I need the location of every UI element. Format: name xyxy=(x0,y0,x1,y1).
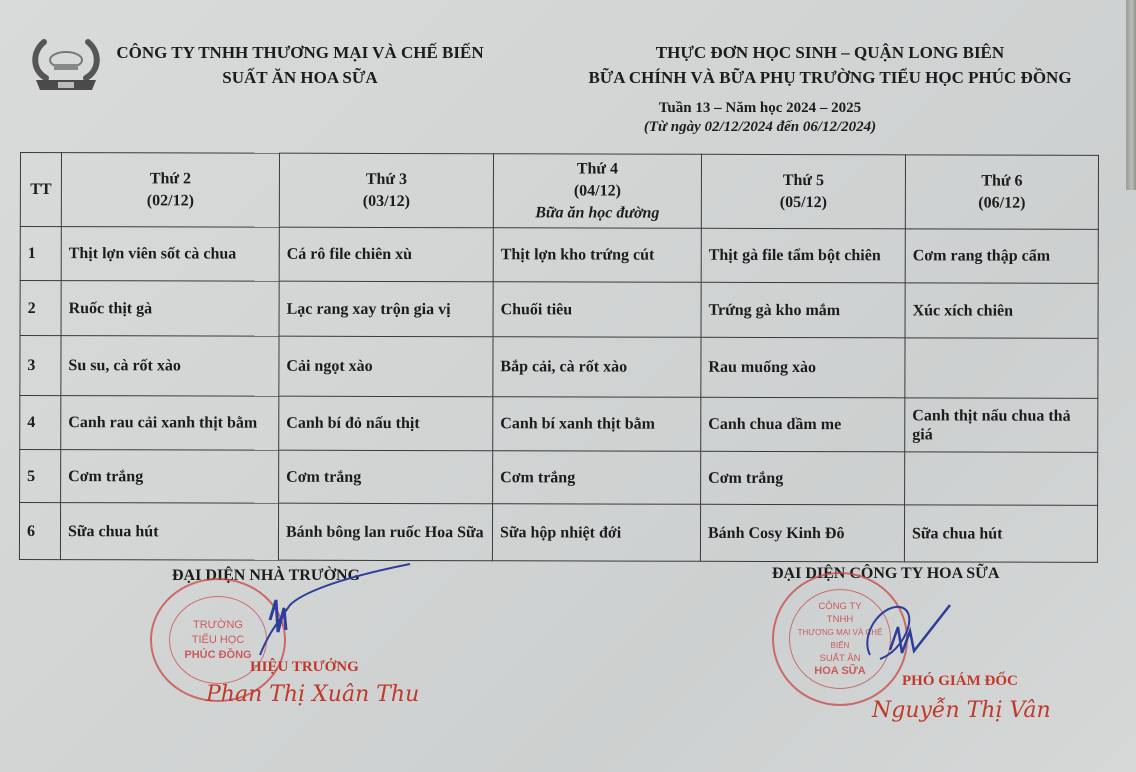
table-row: 3Su su, cà rốt xàoCải ngọt xàoBắp cải, c… xyxy=(20,336,1098,399)
wreath-logo-icon xyxy=(30,36,102,94)
column-header-tt: TT xyxy=(20,153,61,227)
paper-edge xyxy=(1126,0,1136,190)
row-number: 5 xyxy=(20,450,61,503)
table-row: 5Cơm trắngCơm trắngCơm trắngCơm trắng xyxy=(20,450,1098,506)
date-range: (Từ ngày 02/12/2024 đến 06/12/2024) xyxy=(560,118,960,137)
menu-cell: Cơm rang thập cẩm xyxy=(905,229,1098,284)
menu-cell: Cơm trắng xyxy=(61,450,279,504)
menu-title-line2: BỮA CHÍNH VÀ BỮA PHỤ TRƯỜNG TIỂU HỌC PHÚ… xyxy=(560,65,1100,90)
menu-cell: Canh bí xanh thịt bằm xyxy=(493,397,701,452)
table-row: 1Thịt lợn viên sốt cà chuaCá rô file chi… xyxy=(20,227,1098,284)
menu-cell: Thịt gà file tẩm bột chiên xyxy=(701,228,905,283)
table-row: 2Ruốc thịt gàLạc rang xay trộn gia vịChu… xyxy=(20,281,1098,339)
menu-cell: Bánh Cosy Kinh Đô xyxy=(700,504,904,562)
menu-cell: Bánh bông lan ruốc Hoa Sữa xyxy=(278,503,492,561)
company-name-line2: SUẤT ĂN HOA SỮA xyxy=(100,65,500,90)
menu-cell: Xúc xích chiên xyxy=(905,283,1098,339)
table-header-row: TT Thứ 2(02/12) Thứ 3(03/12) Thứ 4(04/12… xyxy=(20,153,1098,230)
row-number: 6 xyxy=(19,503,60,560)
column-header-thu-6: Thứ 6(06/12) xyxy=(905,155,1098,230)
menu-cell: Lạc rang xay trộn gia vị xyxy=(279,281,493,337)
menu-cell: Cơm trắng xyxy=(279,450,493,504)
company-signer-role: PHÓ GIÁM ĐỐC xyxy=(902,673,1018,690)
column-header-thu-3: Thứ 3(03/12) xyxy=(279,153,493,228)
row-number: 2 xyxy=(20,281,61,336)
menu-cell: Cải ngọt xào xyxy=(279,336,493,397)
menu-cell: Cơm trắng xyxy=(701,451,905,505)
company-signer-name: Nguyễn Thị Vân xyxy=(872,698,1051,723)
week-line: Tuần 13 – Năm học 2024 – 2025 xyxy=(560,99,960,118)
row-number: 3 xyxy=(20,336,61,396)
menu-cell: Sữa chua hút xyxy=(60,503,278,561)
menu-cell: Thịt lợn kho trứng cút xyxy=(493,228,701,283)
menu-cell: Su su, cà rốt xào xyxy=(61,336,279,397)
row-number: 1 xyxy=(20,227,61,281)
menu-table: TT Thứ 2(02/12) Thứ 3(03/12) Thứ 4(04/12… xyxy=(19,152,1099,563)
week-info: Tuần 13 – Năm học 2024 – 2025 (Từ ngày 0… xyxy=(560,99,960,137)
menu-cell: Rau muống xào xyxy=(701,337,905,398)
menu-cell: Canh rau cải xanh thịt bằm xyxy=(61,396,279,451)
menu-cell: Canh chua dầm me xyxy=(701,397,905,452)
company-signature-scribble xyxy=(850,595,960,675)
menu-cell xyxy=(905,452,1098,506)
column-header-thu-5: Thứ 5(05/12) xyxy=(701,154,905,229)
menu-title: THỰC ĐƠN HỌC SINH – QUẬN LONG BIÊN BỮA C… xyxy=(560,40,1100,90)
menu-cell: Sữa chua hút xyxy=(904,505,1097,563)
company-name-line1: CÔNG TY TNHH THƯƠNG MẠI VÀ CHẾ BIẾN xyxy=(100,40,500,65)
school-signer-role: HIỆU TRƯỞNG xyxy=(250,659,359,676)
menu-cell: Trứng gà kho mắm xyxy=(701,282,905,338)
column-header-thu-4: Thứ 4(04/12) Bữa ăn học đường xyxy=(493,154,701,229)
table-row: 6Sữa chua hútBánh bông lan ruốc Hoa SữaS… xyxy=(19,503,1097,563)
table-row: 4Canh rau cải xanh thịt bằmCanh bí đỏ nấ… xyxy=(20,396,1098,453)
menu-cell: Sữa hộp nhiệt đới xyxy=(492,504,700,562)
column-header-thu-2: Thứ 2(02/12) xyxy=(61,153,279,228)
menu-cell: Cá rô file chiên xù xyxy=(279,227,493,282)
company-header: CÔNG TY TNHH THƯƠNG MẠI VÀ CHẾ BIẾN SUẤT… xyxy=(100,40,500,90)
school-signer-name: Phan Thị Xuân Thu xyxy=(206,682,419,707)
menu-cell: Chuối tiêu xyxy=(493,282,701,338)
menu-cell: Canh thịt nấu chua thả giá xyxy=(905,398,1098,453)
menu-cell: Ruốc thịt gà xyxy=(61,281,279,337)
column-note: Bữa ăn học đường xyxy=(501,202,694,225)
row-number: 4 xyxy=(20,396,61,450)
menu-title-line1: THỰC ĐƠN HỌC SINH – QUẬN LONG BIÊN xyxy=(560,40,1100,65)
menu-cell xyxy=(905,338,1098,399)
menu-cell: Cơm trắng xyxy=(493,451,701,505)
menu-cell: Bắp cải, cà rốt xào xyxy=(493,337,701,398)
menu-cell: Canh bí đỏ nấu thịt xyxy=(279,396,493,451)
menu-cell: Thịt lợn viên sốt cà chua xyxy=(61,227,279,282)
